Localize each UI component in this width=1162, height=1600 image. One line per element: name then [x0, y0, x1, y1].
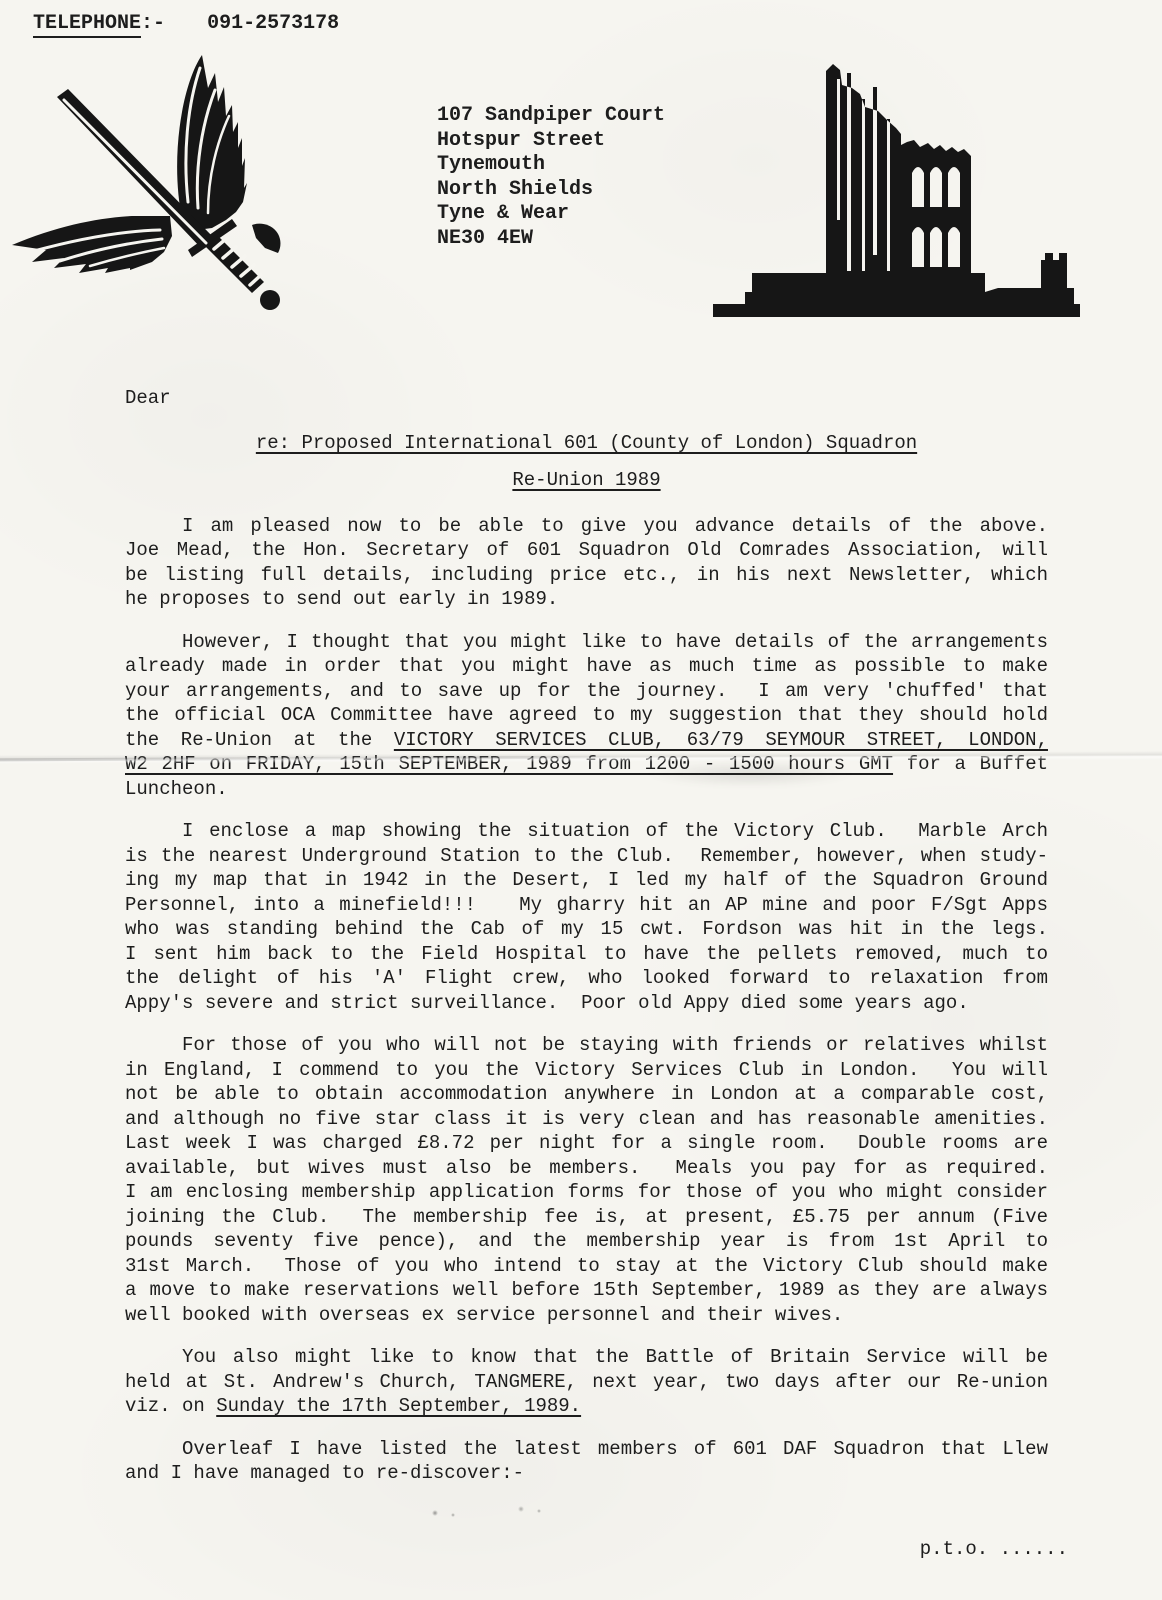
text-line: available, but wives must also be member…	[125, 1156, 1048, 1181]
text-segment: be listing full details, including price…	[125, 564, 1048, 586]
text-segment: ing my map that in 1942 in the Desert, I…	[125, 869, 1048, 891]
paragraph: I enclose a map showing the situation of…	[125, 819, 1048, 1015]
text-line: I am enclosing membership application fo…	[125, 1180, 1048, 1205]
text-segment: Personnel, into a minefield!!! My gharry…	[125, 894, 1048, 916]
text-line: the official OCA Committee have agreed t…	[125, 703, 1048, 728]
paragraph: Overleaf I have listed the latest member…	[125, 1437, 1048, 1486]
underlined-text: W2 2HF on FRIDAY, 15th SEPTEMBER, 1989 f…	[125, 753, 893, 775]
letter-page: TELEPHONE:- 091-2573178	[0, 0, 1162, 1600]
paragraph: I am pleased now to be able to give you …	[125, 514, 1048, 612]
text-line: well booked with overseas ex service per…	[125, 1303, 1048, 1328]
winged-sword-emblem-icon	[2, 40, 302, 340]
text-segment: he proposes to send out early in 1989.	[125, 588, 558, 610]
salutation: Dear	[125, 386, 1048, 411]
text-line: a move to make reservations well before …	[125, 1278, 1048, 1303]
text-line: not be able to obtain accommodation anyw…	[125, 1082, 1048, 1107]
telephone-label-suffix: :-	[141, 12, 165, 35]
text-segment: not be able to obtain accommodation anyw…	[125, 1083, 1048, 1105]
text-segment: the Re-Union at the	[125, 729, 394, 751]
text-segment: for a Buffet	[893, 753, 1048, 775]
text-segment: is the nearest Underground Station to th…	[125, 845, 1048, 867]
text-line: W2 2HF on FRIDAY, 15th SEPTEMBER, 1989 f…	[125, 752, 1048, 777]
text-segment: 31st March. Those of you who intend to s…	[125, 1255, 1048, 1277]
text-line: pounds seventy five pence), and the memb…	[125, 1229, 1048, 1254]
text-line: 31st March. Those of you who intend to s…	[125, 1254, 1048, 1279]
text-segment: Last week I was charged £8.72 per night …	[125, 1132, 1048, 1154]
telephone-number: 091-2573178	[207, 12, 339, 35]
text-line: ing my map that in 1942 in the Desert, I…	[125, 868, 1048, 893]
text-line: Luncheon.	[125, 777, 1048, 802]
text-line: For those of you who will not be staying…	[125, 1033, 1048, 1058]
text-segment: in England, I commend to you the Victory…	[125, 1059, 1048, 1081]
address-line: Tyne & Wear	[437, 202, 665, 227]
text-segment: You also might like to know that the Bat…	[182, 1346, 1048, 1368]
text-line: is the nearest Underground Station to th…	[125, 844, 1048, 869]
underlined-text: VICTORY SERVICES CLUB, 63/79 SEYMOUR STR…	[394, 729, 1048, 751]
text-line: However, I thought that you might like t…	[125, 630, 1048, 655]
paragraph: You also might like to know that the Bat…	[125, 1345, 1048, 1419]
subject-line-2: Re-Union 1989	[125, 468, 1048, 493]
underlined-text: Sunday the 17th September, 1989.	[216, 1395, 581, 1417]
text-segment: Overleaf I have listed the latest member…	[182, 1438, 1048, 1460]
text-segment: your arrangements, and to save up for th…	[125, 680, 1048, 702]
text-line: Appy's severe and strict surveillance. P…	[125, 991, 1048, 1016]
text-line: who was standing behind the Cab of my 15…	[125, 917, 1048, 942]
letter-body: Dear re: Proposed International 601 (Cou…	[125, 386, 1048, 1504]
text-segment: already made in order that you might hav…	[125, 655, 1048, 677]
text-line: in England, I commend to you the Victory…	[125, 1058, 1048, 1083]
text-segment: and I have managed to re-discover:-	[125, 1462, 524, 1484]
text-segment: viz. on	[125, 1395, 216, 1417]
text-segment: who was standing behind the Cab of my 15…	[125, 918, 1048, 940]
text-segment: well booked with overseas ex service per…	[125, 1304, 843, 1326]
address-line: Hotspur Street	[437, 129, 665, 154]
address-block: 107 Sandpiper CourtHotspur StreetTynemou…	[437, 104, 665, 252]
text-line: I enclose a map showing the situation of…	[125, 819, 1048, 844]
text-segment: and although no five star class it is ve…	[125, 1108, 1048, 1130]
text-line: Last week I was charged £8.72 per night …	[125, 1131, 1048, 1156]
paragraph: However, I thought that you might like t…	[125, 630, 1048, 802]
text-line: the Re-Union at the VICTORY SERVICES CLU…	[125, 728, 1048, 753]
text-line: viz. on Sunday the 17th September, 1989.	[125, 1394, 1048, 1419]
text-line: the delight of his 'A' Flight crew, who …	[125, 966, 1048, 991]
telephone-header: TELEPHONE:- 091-2573178	[33, 12, 339, 35]
text-segment: available, but wives must also be member…	[125, 1157, 1048, 1179]
text-segment: I am enclosing membership application fo…	[125, 1181, 1048, 1203]
telephone-label: TELEPHONE	[33, 12, 141, 38]
text-segment: I sent him back to the Field Hospital to…	[125, 943, 1048, 965]
text-line: and although no five star class it is ve…	[125, 1107, 1048, 1132]
text-segment: Luncheon.	[125, 778, 228, 800]
address-line: 107 Sandpiper Court	[437, 104, 665, 129]
priory-ruins-icon	[700, 55, 1120, 320]
text-line: I sent him back to the Field Hospital to…	[125, 942, 1048, 967]
text-line: Overleaf I have listed the latest member…	[125, 1437, 1048, 1462]
text-line: your arrangements, and to save up for th…	[125, 679, 1048, 704]
text-segment: For those of you who will not be staying…	[182, 1034, 1048, 1056]
text-line: held at St. Andrew's Church, TANGMERE, n…	[125, 1370, 1048, 1395]
text-line: Joe Mead, the Hon. Secretary of 601 Squa…	[125, 538, 1048, 563]
text-segment: held at St. Andrew's Church, TANGMERE, n…	[125, 1371, 1048, 1393]
subject-line-1: re: Proposed International 601 (County o…	[125, 431, 1048, 456]
text-segment: Appy's severe and strict surveillance. P…	[125, 992, 969, 1014]
text-segment: I am pleased now to be able to give you …	[182, 515, 1048, 537]
text-segment: However, I thought that you might like t…	[182, 631, 1048, 653]
pto-footer: p.t.o. ......	[920, 1538, 1068, 1560]
ink-specks	[425, 1504, 575, 1520]
text-line: I am pleased now to be able to give you …	[125, 514, 1048, 539]
text-line: he proposes to send out early in 1989.	[125, 587, 1048, 612]
letter-paragraphs: I am pleased now to be able to give you …	[125, 514, 1048, 1486]
address-line: North Shields	[437, 178, 665, 203]
text-line: You also might like to know that the Bat…	[125, 1345, 1048, 1370]
text-line: Personnel, into a minefield!!! My gharry…	[125, 893, 1048, 918]
text-segment: I enclose a map showing the situation of…	[182, 820, 1048, 842]
text-segment: the delight of his 'A' Flight crew, who …	[125, 967, 1048, 989]
address-line: Tynemouth	[437, 153, 665, 178]
text-segment: Joe Mead, the Hon. Secretary of 601 Squa…	[125, 539, 1048, 561]
text-line: and I have managed to re-discover:-	[125, 1461, 1048, 1486]
text-line: be listing full details, including price…	[125, 563, 1048, 588]
text-line: already made in order that you might hav…	[125, 654, 1048, 679]
text-segment: joining the Club. The membership fee is,…	[125, 1206, 1048, 1228]
address-line: NE30 4EW	[437, 227, 665, 252]
paragraph: For those of you who will not be staying…	[125, 1033, 1048, 1327]
text-segment: a move to make reservations well before …	[125, 1279, 1048, 1301]
text-segment: the official OCA Committee have agreed t…	[125, 704, 1048, 726]
text-segment: pounds seventy five pence), and the memb…	[125, 1230, 1048, 1252]
text-line: joining the Club. The membership fee is,…	[125, 1205, 1048, 1230]
